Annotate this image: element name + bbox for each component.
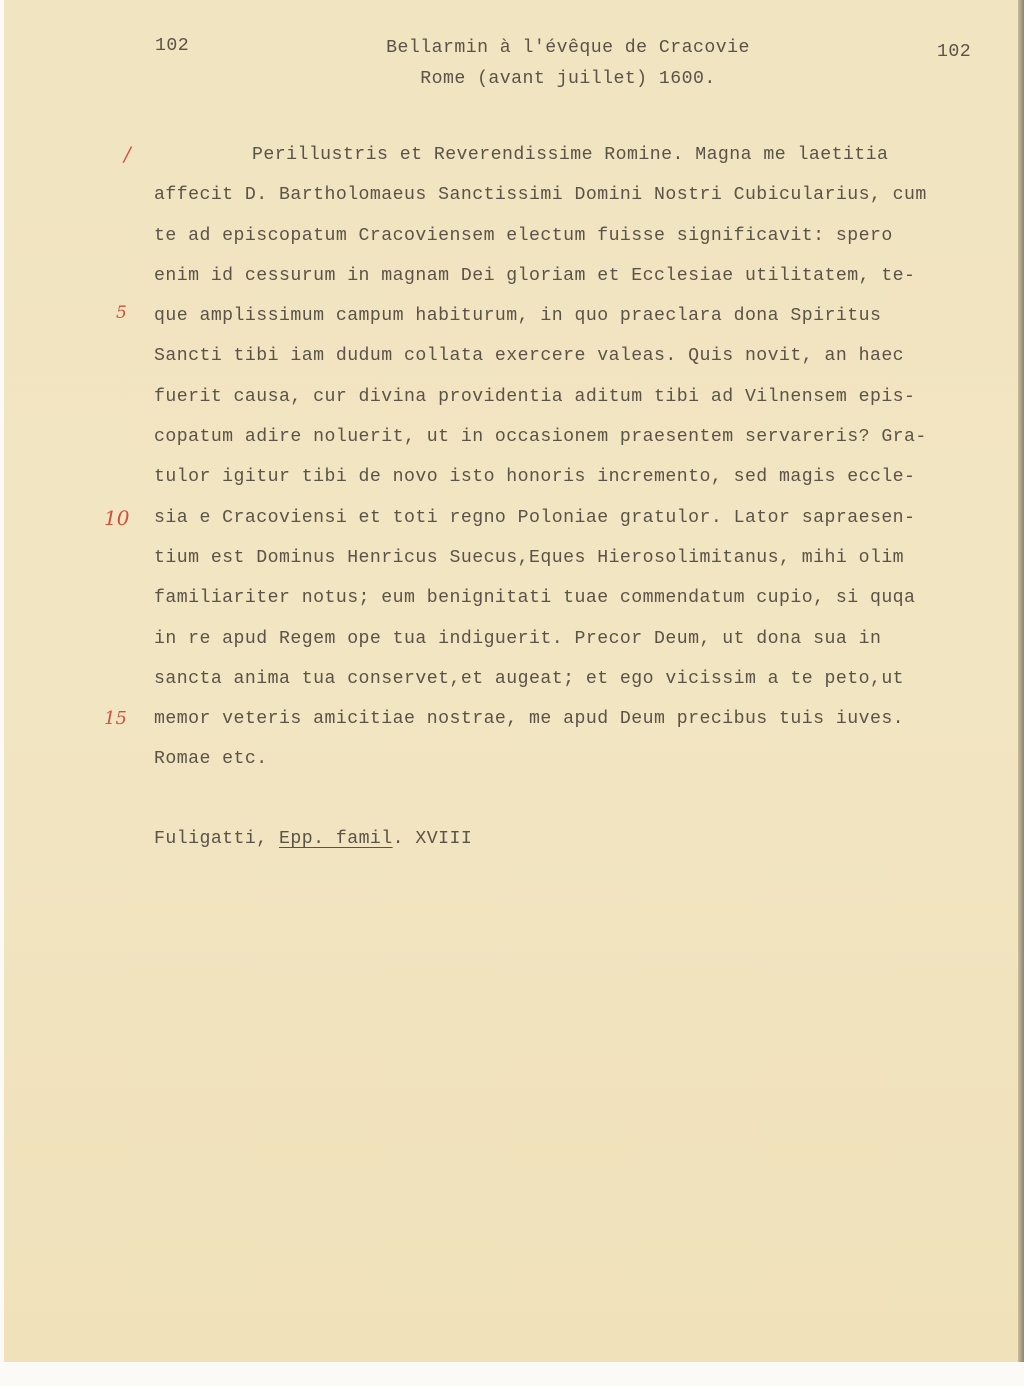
margin-line-number-10: 10 — [104, 506, 129, 530]
letter-line: Perillustris et Reverendissime Romine. M… — [154, 144, 927, 184]
letter-line: tium est Dominus Henricus Suecus,Eques H… — [154, 547, 927, 587]
letter-line: copatum adire noluerit, ut in occasionem… — [154, 426, 927, 466]
letter-line: enim id cessurum in magnam Dei gloriam e… — [154, 265, 927, 305]
margin-mark-1: / — [124, 142, 131, 166]
letter-line: Romae etc. — [154, 748, 927, 788]
source-work: Epp. famil — [279, 829, 393, 849]
source-author: Fuligatti, — [154, 829, 279, 849]
letter-date-place: Rome (avant juillet) 1600. — [56, 69, 1024, 89]
letter-line: sancta anima tua conservet,et augeat; et… — [154, 668, 927, 708]
letter-title: Bellarmin à l'évêque de Cracovie — [56, 38, 1024, 58]
margin-line-number-5: 5 — [116, 303, 127, 323]
page-edge-shadow — [1018, 0, 1024, 1362]
letter-line: familiariter notus; eum benignitati tuae… — [154, 587, 927, 627]
letter-line: fuerit causa, cur divina providentia adi… — [154, 386, 927, 426]
letter-line: Sancti tibi iam dudum collata exercere v… — [154, 345, 927, 385]
letter-line: te ad episcopatum Cracoviensem electum f… — [154, 225, 927, 265]
letter-line: que amplissimum campum habiturum, in quo… — [154, 305, 927, 345]
letter-line: sia e Cracoviensi et toti regno Poloniae… — [154, 507, 927, 547]
letter-line: affecit D. Bartholomaeus Sanctissimi Dom… — [154, 184, 927, 224]
letter-line: memor veteris amicitiae nostrae, me apud… — [154, 708, 927, 748]
source-suffix: . XVIII — [393, 829, 473, 849]
letter-body: Perillustris et Reverendissime Romine. M… — [154, 144, 927, 789]
margin-line-number-15: 15 — [104, 708, 127, 729]
source-citation: Fuligatti, Epp. famil. XVIII — [154, 829, 472, 849]
letter-line: in re apud Regem ope tua indiguerit. Pre… — [154, 628, 927, 668]
letter-line: tulor igitur tibi de novo isto honoris i… — [154, 466, 927, 506]
